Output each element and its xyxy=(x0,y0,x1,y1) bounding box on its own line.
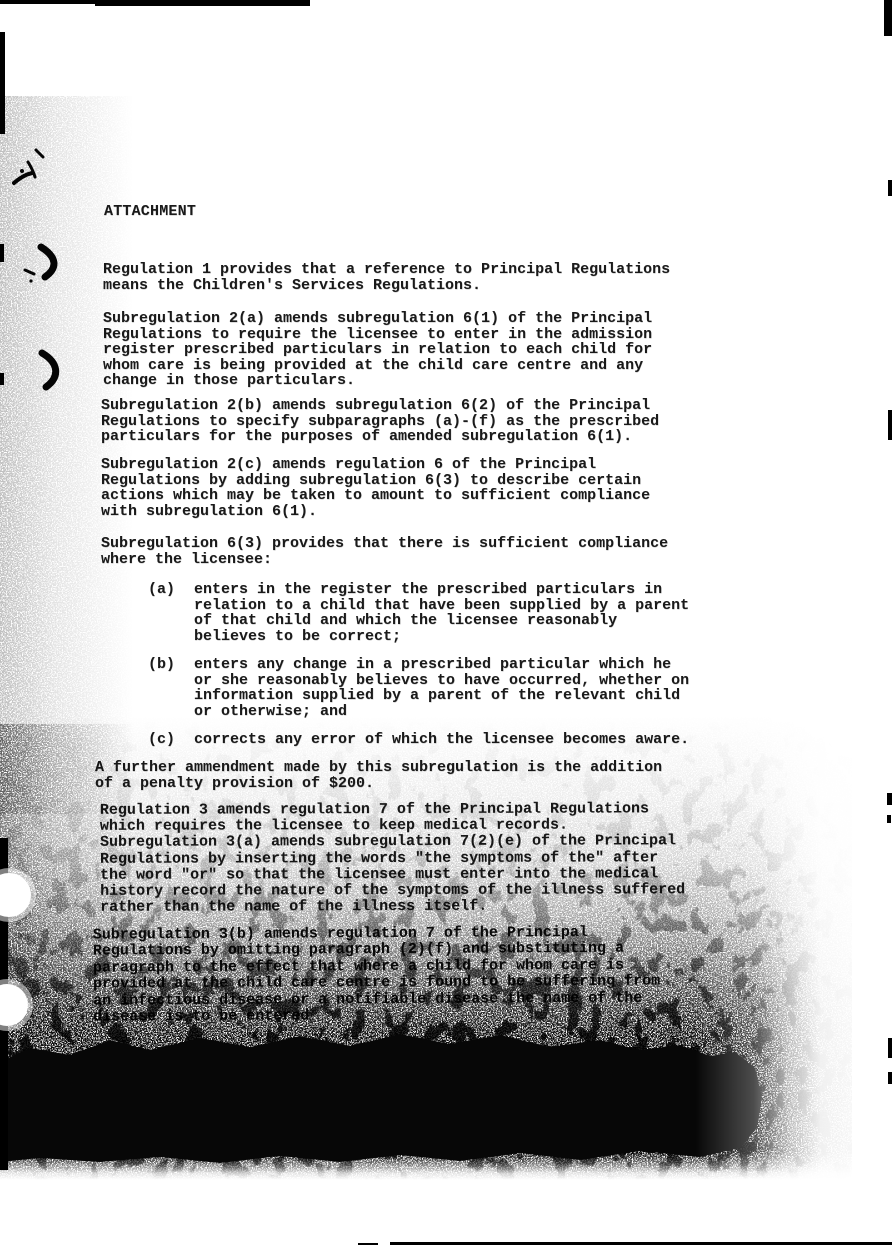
punch-hole-ring xyxy=(0,868,36,922)
toner-blob-core xyxy=(0,1034,762,1163)
scan-edge-artifact-top-right xyxy=(884,0,892,36)
list-marker: (a) xyxy=(148,582,194,644)
paragraph-subregulation-2b: Subregulation 2(b) amends subregulation … xyxy=(101,398,659,445)
paragraph-subregulation-2a: Subregulation 2(a) amends subregulation … xyxy=(103,311,652,389)
paragraph-subregulation-6-3: Subregulation 6(3) provides that there i… xyxy=(101,536,668,567)
list-item-c: (c) corrects any error of which the lice… xyxy=(148,732,689,748)
list-item-a: (a) enters in the register the prescribe… xyxy=(148,582,689,644)
ink-paren-mark xyxy=(41,247,54,277)
scan-edge-artifact-right xyxy=(887,815,891,823)
list-item-text: enters any change in a prescribed partic… xyxy=(194,657,689,719)
paragraph-regulation-3: Regulation 3 amends regulation 7 of the … xyxy=(100,801,685,916)
paragraph-regulation-1: Regulation 1 provides that a reference t… xyxy=(103,262,670,293)
punch-hole-ring xyxy=(0,979,33,1031)
ink-dot xyxy=(20,169,24,173)
punch-hole xyxy=(0,984,28,1026)
scanned-document-page: ATTACHMENT Regulation 1 provides that a … xyxy=(0,0,892,1249)
paragraph-penalty-provision: A further ammendment made by this subreg… xyxy=(95,760,662,791)
ink-scribble-mark xyxy=(28,162,35,177)
scan-edge-artifact-right xyxy=(887,793,892,805)
ink-dot xyxy=(29,279,32,282)
ink-scribble-mark xyxy=(25,270,34,274)
scan-edge-artifact-bottom xyxy=(358,1243,378,1245)
list-item-text: corrects any error of which the licensee… xyxy=(194,732,689,748)
scan-edge-artifact-right xyxy=(888,180,892,196)
scan-edge-artifact-right xyxy=(888,1072,892,1084)
paragraph-subregulation-3b-degraded: Subregulation 3(b) amends regulation 7 o… xyxy=(93,925,661,1026)
ink-scribble-mark xyxy=(14,173,32,183)
scan-edge-artifact-left xyxy=(0,244,4,262)
ink-paren-mark xyxy=(42,353,56,387)
list-marker: (b) xyxy=(148,657,194,719)
scan-edge-artifact-left xyxy=(0,373,4,385)
scan-edge-artifact-top xyxy=(95,0,310,6)
punch-hole xyxy=(0,873,31,917)
ink-scribble-mark xyxy=(36,150,43,157)
list-item-text: enters in the register the prescribed pa… xyxy=(194,582,689,644)
scan-edge-artifact-right xyxy=(888,410,892,440)
scan-edge-artifact-left xyxy=(0,32,5,134)
list-item-b: (b) enters any change in a prescribed pa… xyxy=(148,657,689,719)
scan-edge-artifact-right xyxy=(888,1038,892,1058)
document-title: ATTACHMENT xyxy=(104,204,196,220)
list-marker: (c) xyxy=(148,732,194,748)
left-edge-toner-bar xyxy=(0,838,8,1170)
scan-edge-artifact-bottom xyxy=(390,1242,892,1245)
paragraph-subregulation-2c: Subregulation 2(c) amends regulation 6 o… xyxy=(101,457,650,519)
